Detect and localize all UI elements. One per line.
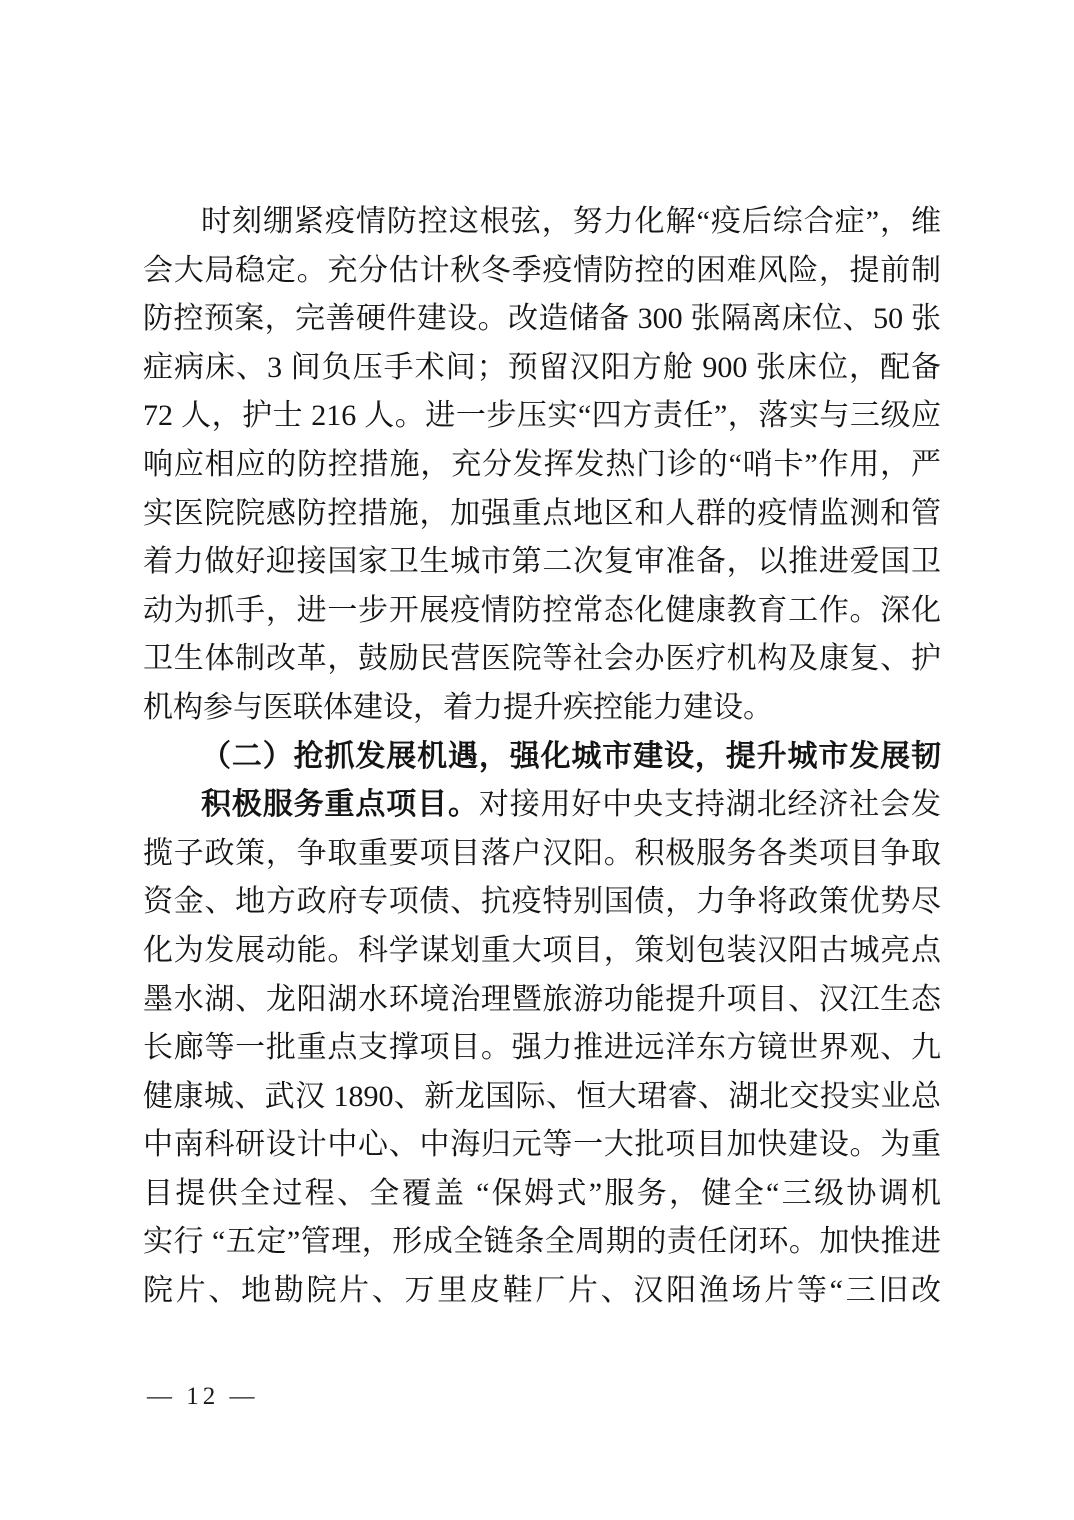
paragraph-1-line-3: 防控预案，完善硬件建设。改造储备 300 张隔离床位、50 张重 [143, 295, 941, 344]
paragraph-2-line-8: 中南科研设计中心、中海归元等一大批项目加快建设。为重点项 [143, 1121, 941, 1170]
paragraph-2-line-2: 揽子政策，争取重要项目落户汉阳。积极服务各类项目争取中央 [143, 830, 941, 879]
paragraph-2-line-7: 健康城、武汉 1890、新龙国际、恒大珺睿、湖北交投实业总部、 [143, 1073, 941, 1122]
paragraph-2-line-3: 资金、地方政府专项债、抗疫特别国债，力争将政策优势尽快转 [143, 878, 941, 927]
section-heading: （二）抢抓发展机遇，强化城市建设，提升城市发展韧劲 [143, 733, 941, 782]
paragraph-1-line-8: 着力做好迎接国家卫生城市第二次复审准备，以推进爱国卫生运 [143, 538, 941, 587]
paragraph-1-line-11: 机构参与医联体建设，着力提升疾控能力建设。 [143, 684, 941, 733]
paragraph-2-line-5: 墨水湖、龙阳湖水环境治理暨旅游功能提升项目、汉江生态文化 [143, 976, 941, 1025]
paragraph-1-line-1: 时刻绷紧疫情防控这根弦，努力化解“疫后综合症”，维护社 [143, 198, 941, 247]
paragraph-2-line-4: 化为发展动能。科学谋划重大项目，策划包装汉阳古城亮点片区、 [143, 927, 941, 976]
page-number: — 12 — [147, 1383, 259, 1411]
paragraph-1-line-5: 72 人，护士 216 人。进一步压实“四方责任”，落实与三级应急 [143, 392, 941, 441]
paragraph-1-line-4: 症病床、3 间负压手术间；预留汉阳方舱 900 张床位，配备医生 [143, 344, 941, 393]
paragraph-2-line-6: 长廊等一批重点支撑项目。强力推进远洋东方镜世界观、九州通 [143, 1024, 941, 1073]
paragraph-1-line-2: 会大局稳定。充分估计秋冬季疫情防控的困难风险，提前制定出 [143, 247, 941, 296]
paragraph-2-line-9: 目提供全过程、全覆盖 “保姆式”服务，健全“三级协调机制”， [143, 1170, 941, 1219]
paragraph-1-line-9: 动为抓手，进一步开展疫情防控常态化健康教育工作。深化医药 [143, 587, 941, 636]
document-page: 时刻绷紧疫情防控这根弦，努力化解“疫后综合症”，维护社 会大局稳定。充分估计秋冬… [0, 0, 1074, 1520]
paragraph-1-line-7: 实医院院感防控措施，加强重点地区和人群的疫情监测和管理。 [143, 490, 941, 539]
paragraph-1-line-6: 响应相应的防控措施，充分发挥发热门诊的“哨卡”作用，严格落 [143, 441, 941, 490]
paragraph-1-line-10: 卫生体制改革，鼓励民营医院等社会办医疗机构及康复、护理等 [143, 635, 941, 684]
document-body: 时刻绷紧疫情防控这根弦，努力化解“疫后综合症”，维护社 会大局稳定。充分估计秋冬… [143, 198, 941, 1316]
paragraph-2-line-1: 积极服务重点项目。对接用好中央支持湖北经济社会发展一 [143, 781, 941, 830]
paragraph-2-line-11: 院片、地勘院片、万里皮鞋厂片、汉阳渔场片等“三旧改造”土地 [143, 1267, 941, 1316]
paragraph-2-line-10: 实行 “五定”管理，形成全链条全周期的责任闭环。加快推进船 [143, 1218, 941, 1267]
paragraph-2-bold-lead: 积极服务重点项目。 [201, 788, 479, 821]
